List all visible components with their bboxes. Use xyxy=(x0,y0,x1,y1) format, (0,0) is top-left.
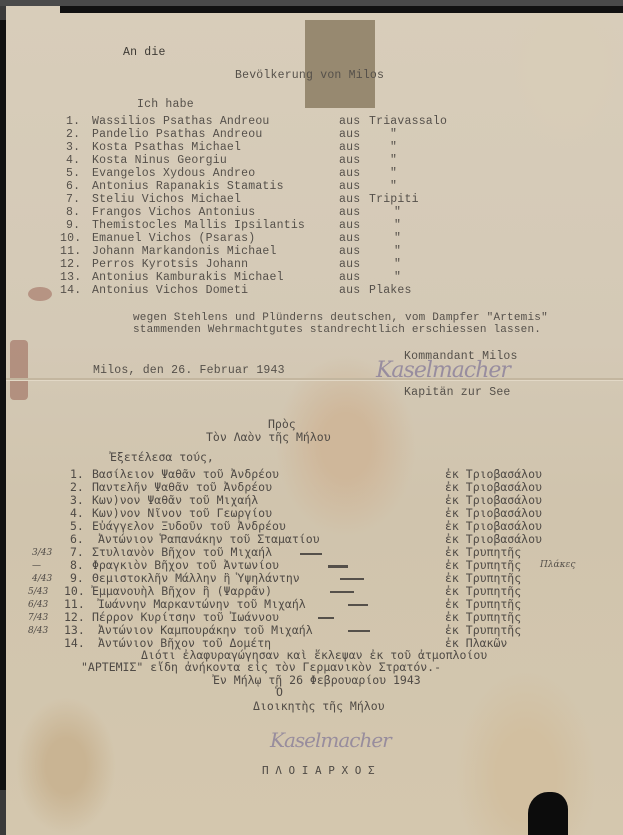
german-signature: Kaselmacher xyxy=(376,358,510,383)
list-item-num: 5. xyxy=(66,167,80,180)
greek-rank: Π Λ Ο Ι Α Ρ Χ Ο Σ xyxy=(262,764,375,777)
stain xyxy=(10,340,28,400)
german-intro: Ich habe xyxy=(137,98,194,111)
list-item-place: " xyxy=(390,141,397,154)
list-item-place: " xyxy=(394,245,401,258)
list-item-place: " xyxy=(394,219,401,232)
list-item-aus: aus xyxy=(339,232,360,245)
greek-intro: Ἐξετέλεσα τούς, xyxy=(110,451,214,464)
list-item-name: Wassilios Psathas Andreou xyxy=(92,115,270,128)
list-item-place: Triavassalo xyxy=(369,115,447,128)
list-item-num: 4. xyxy=(66,154,80,167)
list-item-num: 14. xyxy=(60,284,81,297)
fold-line xyxy=(6,378,623,381)
list-item-aus: aus xyxy=(339,115,360,128)
list-item-name: Evangelos Xydous Andreo xyxy=(92,167,255,180)
margin-note: 8/43 xyxy=(28,626,48,636)
stain xyxy=(28,287,52,301)
list-item-aus: aus xyxy=(339,219,360,232)
list-item-place: " xyxy=(390,167,397,180)
list-item-place: " xyxy=(390,128,397,141)
margin-note: — xyxy=(32,561,41,571)
list-item-name: Johann Markandonis Michael xyxy=(92,245,277,258)
margin-note: 5/43 xyxy=(28,587,48,597)
german-salutation: An die xyxy=(123,46,166,59)
german-body-line-2: stammenden Wehrmachtgutes standrechtlich… xyxy=(133,324,541,337)
list-item-place: " xyxy=(394,258,401,271)
list-item-name: Themistocles Mallis Ipsilantis xyxy=(92,219,305,232)
page-edge-shadow xyxy=(60,6,623,13)
list-item-place: " xyxy=(390,180,397,193)
list-item-aus: aus xyxy=(339,258,360,271)
tape-patch xyxy=(305,20,375,108)
handwritten-dash xyxy=(300,553,322,555)
list-item-num: 10. xyxy=(60,232,81,245)
list-item-aus: aus xyxy=(339,271,360,284)
greek-article: Ὁ xyxy=(276,686,283,699)
list-item-num: 9. xyxy=(66,219,80,232)
list-item-num: 2. xyxy=(66,128,80,141)
greek-addressee: Τὸν Λαὸν τῆς Μήλου xyxy=(206,431,331,444)
list-item-name: Frangos Vichos Antonius xyxy=(92,206,255,219)
list-item-aus: aus xyxy=(339,284,360,297)
list-item-place: " xyxy=(394,232,401,245)
handwritten-annotation: Πλάκες xyxy=(540,560,575,570)
margin-note: 7/43 xyxy=(28,613,48,623)
margin-note: 6/43 xyxy=(28,600,48,610)
list-item-name: Perros Kyrotsis Johann xyxy=(92,258,248,271)
list-item-num: 7. xyxy=(66,193,80,206)
greek-signatory-title: Διοικητὴς τῆς Μήλου xyxy=(253,700,385,713)
list-item-aus: aus xyxy=(339,154,360,167)
list-item-num: 8. xyxy=(66,206,80,219)
list-item-aus: aus xyxy=(339,128,360,141)
greek-place-date: Ἐν Μήλῳ τῇ 26 Φεβρουαρίου 1943 xyxy=(213,674,421,687)
list-item-aus: aus xyxy=(339,193,360,206)
list-item-name: Antonius Kamburakis Michael xyxy=(92,271,284,284)
list-item-name: Steliu Vichos Michael xyxy=(92,193,241,206)
list-item-place: Tripiti xyxy=(369,193,419,206)
list-item-num: 11. xyxy=(60,245,81,258)
list-item-name: Emanuel Vichos (Psaras) xyxy=(92,232,255,245)
list-item-name: Kosta Ninus Georgiu xyxy=(92,154,227,167)
list-item-aus: aus xyxy=(339,180,360,193)
german-addressee: Bevölkerung von Milos xyxy=(235,69,384,82)
list-item-name: Antonius Vichos Dometi xyxy=(92,284,248,297)
handwritten-dash xyxy=(348,604,368,606)
german-rank: Kapitän zur See xyxy=(404,386,511,399)
list-item-num: 3. xyxy=(66,141,80,154)
handwritten-dash xyxy=(340,578,364,580)
list-item-name: Pandelio Psathas Andreou xyxy=(92,128,262,141)
handwritten-dash xyxy=(318,617,334,619)
handwritten-dash xyxy=(348,630,370,632)
list-item-name: Kosta Psathas Michael xyxy=(92,141,241,154)
list-item-aus: aus xyxy=(339,245,360,258)
margin-note: 3/43 xyxy=(32,548,52,558)
torn-corner xyxy=(528,792,568,835)
list-item-num: 12. xyxy=(60,258,81,271)
list-item-name: Antonius Rapanakis Stamatis xyxy=(92,180,284,193)
list-item-num: 14. xyxy=(64,637,85,650)
list-item-num: 13. xyxy=(60,271,81,284)
list-item-num: 6. xyxy=(66,180,80,193)
margin-note: 4/43 xyxy=(32,574,52,584)
list-item-aus: aus xyxy=(339,141,360,154)
list-item-place: " xyxy=(390,154,397,167)
list-item-num: 1. xyxy=(66,115,80,128)
page-edge-shadow-left xyxy=(0,20,6,790)
german-place-date: Milos, den 26. Februar 1943 xyxy=(93,364,285,377)
list-item-place: " xyxy=(394,206,401,219)
list-item-place: Plakes xyxy=(369,284,412,297)
greek-signature: Kaselmacher xyxy=(270,728,391,752)
list-item-aus: aus xyxy=(339,206,360,219)
list-item-aus: aus xyxy=(339,167,360,180)
handwritten-dash xyxy=(330,591,354,593)
handwritten-scribble xyxy=(328,565,348,568)
list-item-place: " xyxy=(394,271,401,284)
